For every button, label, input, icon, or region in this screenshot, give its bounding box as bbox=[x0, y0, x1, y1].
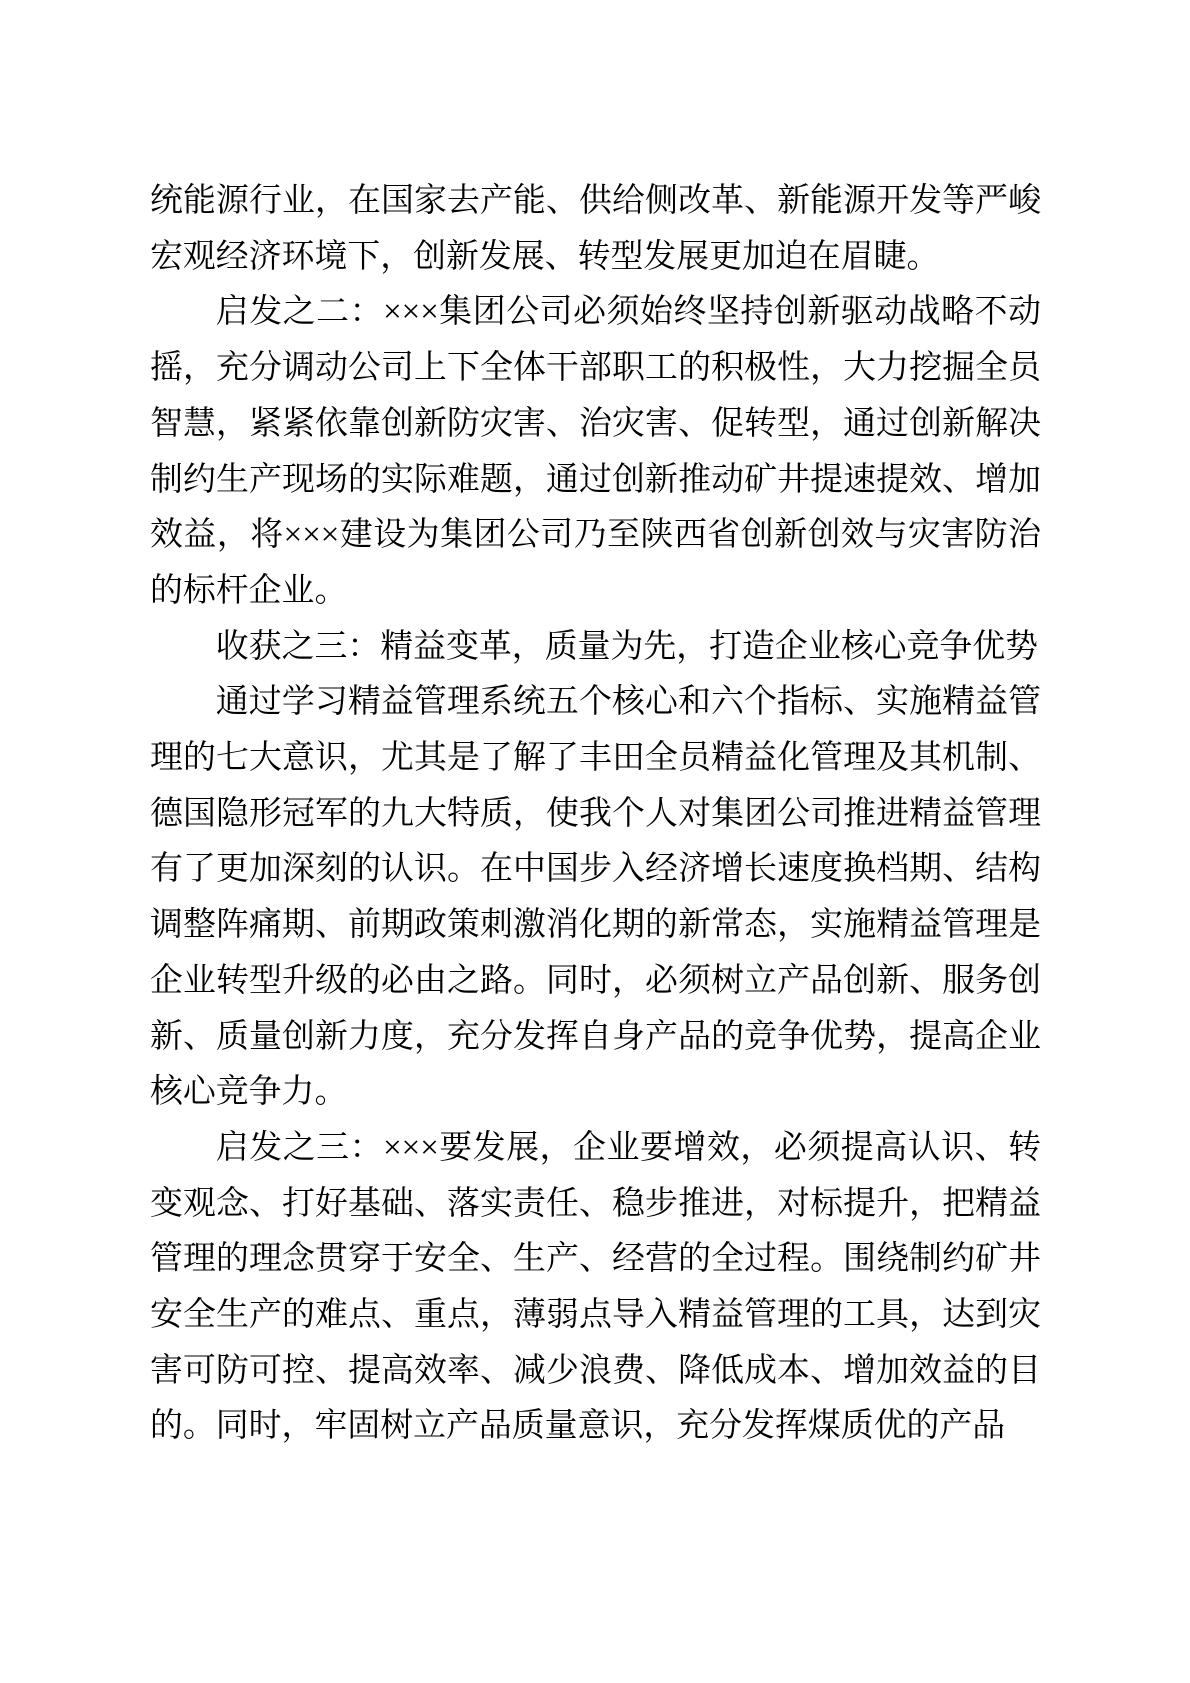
paragraph-continuation: 统能源行业，在国家去产能、供给侧改革、新能源开发等严峻宏观经济环境下，创新发展、… bbox=[150, 174, 1041, 285]
paragraph-gain-3-body: 通过学习精益管理系统五个核心和六个指标、实施精益管理的七大意识，尤其是了解了丰田… bbox=[150, 675, 1041, 1121]
paragraph-gain-3-heading: 收获之三：精益变革，质量为先，打造企业核心竞争优势 bbox=[150, 620, 1041, 676]
paragraph-inspiration-2: 启发之二：×××集团公司必须始终坚持创新驱动战略不动摇，充分调动公司上下全体干部… bbox=[150, 285, 1041, 619]
paragraph-inspiration-3: 启发之三：×××要发展，企业要增效，必须提高认识、转变观念、打好基础、落实责任、… bbox=[150, 1121, 1041, 1455]
document-page: 统能源行业，在国家去产能、供给侧改革、新能源开发等严峻宏观经济环境下，创新发展、… bbox=[0, 0, 1190, 1683]
document-body: 统能源行业，在国家去产能、供给侧改革、新能源开发等严峻宏观经济环境下，创新发展、… bbox=[150, 174, 1041, 1455]
